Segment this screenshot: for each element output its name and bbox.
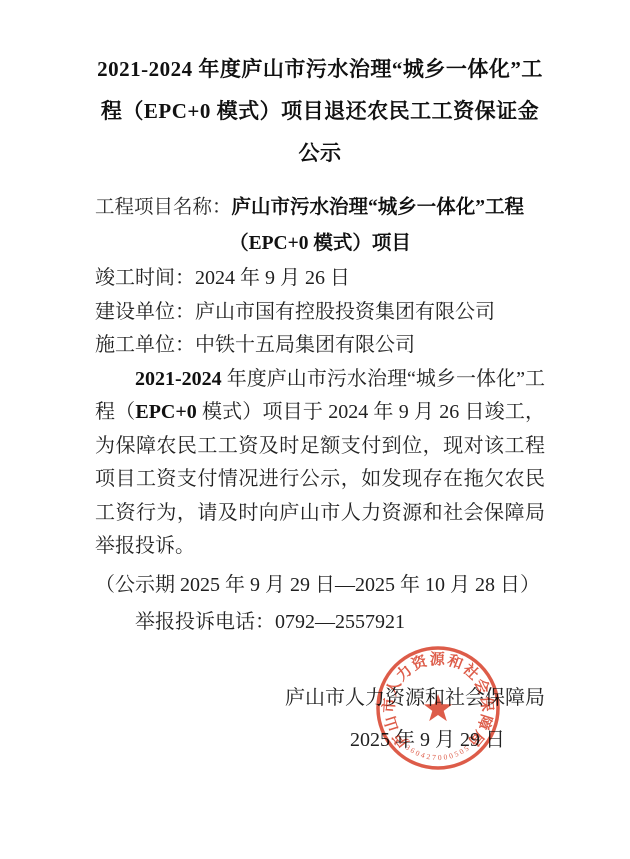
title-line-3: 公示: [95, 132, 545, 174]
notice-body-paragraph: 2021-2024 年度庐山市污水治理“城乡一体化”工程（EPC+0 模式）项目…: [95, 363, 545, 563]
paragraph-epc-mode: EPC+0: [135, 401, 196, 423]
issue-date: 2025 年 9 月 29 日: [350, 726, 505, 754]
project-name-block: 工程项目名称：庐山市污水治理“城乡一体化”工程 （EPC+0 模式）项目: [95, 190, 545, 262]
completion-date-label: 竣工时间：: [95, 267, 195, 289]
owner-unit-value: 庐山市国有控股投资集团有限公司: [195, 301, 495, 323]
title-line-1: 2021-2024 年度庐山市污水治理“城乡一体化”工: [95, 48, 545, 90]
owner-unit-label: 建设单位：: [95, 301, 195, 323]
project-name-line-1: 工程项目名称：庐山市污水治理“城乡一体化”工程: [95, 190, 545, 226]
title-line-2: 程（EPC+0 模式）项目退还农民工工资保证金: [95, 90, 545, 132]
completion-date-value: 2024 年 9 月 26 日: [195, 267, 350, 289]
project-name-value: 庐山市污水治理“城乡一体化”工程: [232, 197, 525, 218]
notice-period-line: （公示期 2025 年 9 月 29 日—2025 年 10 月 28 日）: [95, 570, 545, 600]
document-title: 2021-2024 年度庐山市污水治理“城乡一体化”工 程（EPC+0 模式）项…: [95, 48, 545, 174]
paragraph-text-2: 模式）项目于 2024 年 9 月 26 日竣工，为保障农民工工资及时足额支付到…: [95, 401, 545, 557]
contractor-unit-row: 施工单位：中铁十五局集团有限公司: [95, 329, 545, 363]
project-name-line-2: （EPC+0 模式）项目: [95, 226, 545, 262]
issuing-agency-signature: 庐山市人力资源和社会保障局: [285, 684, 545, 712]
completion-date-row: 竣工时间：2024 年 9 月 26 日: [95, 262, 545, 296]
document-page: 2021-2024 年度庐山市污水治理“城乡一体化”工 程（EPC+0 模式）项…: [0, 0, 630, 859]
contractor-unit-label: 施工单位：: [95, 334, 195, 356]
complaint-phone-number: 0792—2557921: [275, 611, 405, 633]
complaint-phone-label: 举报投诉电话：: [135, 611, 275, 633]
paragraph-project-years: 2021-2024: [135, 368, 222, 390]
contractor-unit-value: 中铁十五局集团有限公司: [195, 334, 415, 356]
owner-unit-row: 建设单位：庐山市国有控股投资集团有限公司: [95, 296, 545, 330]
meta-block: 竣工时间：2024 年 9 月 26 日 建设单位：庐山市国有控股投资集团有限公…: [95, 262, 545, 363]
project-name-label: 工程项目名称：: [95, 197, 232, 218]
complaint-phone-line: 举报投诉电话：0792—2557921: [95, 607, 545, 637]
